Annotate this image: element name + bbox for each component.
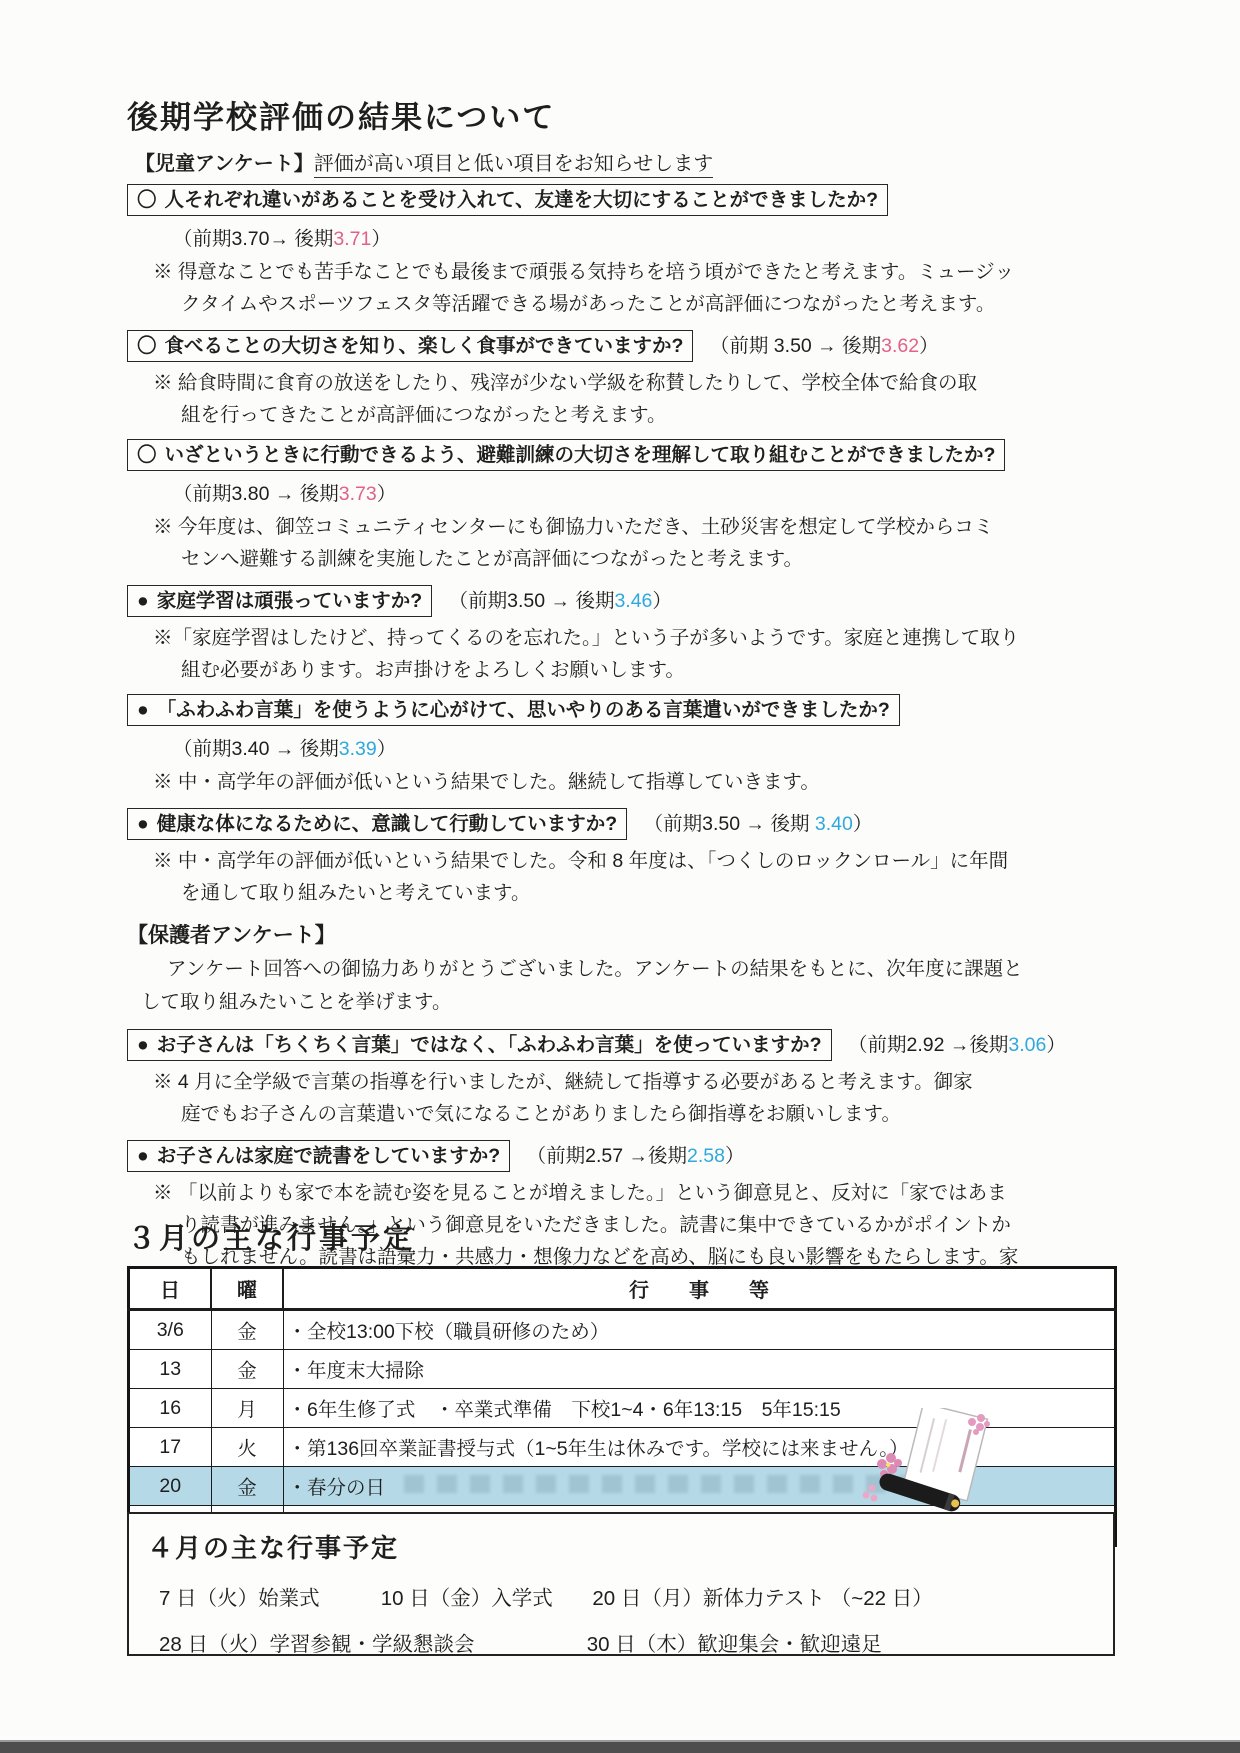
question-marker: ● xyxy=(137,1145,149,1167)
question-marker: ● xyxy=(137,699,149,721)
table-header-row: 日 曜 行 事 等 xyxy=(129,1268,1116,1310)
column-header-day: 曜 xyxy=(211,1268,283,1310)
parent-survey-intro: アンケート回答への御協力ありがとうございました。アンケートの結果をもとに、次年度… xyxy=(167,953,1122,986)
cell-day: 火 xyxy=(211,1428,283,1467)
student-survey-note: 評価が高い項目と低い項目をお知らせします xyxy=(314,153,713,178)
page-title: 後期学校評価の結果について xyxy=(127,92,1122,137)
score-suffix: ） xyxy=(652,590,672,612)
survey-item: 〇いざというときに行動できるよう、避難訓練の大切さを理解して取り組むことができま… xyxy=(127,438,1122,575)
score-prefix: （前期2.57 →後期 xyxy=(527,1145,687,1167)
score-value: 3.71 xyxy=(333,228,371,250)
cell-event: ・全校13:00下校（職員研修のため） xyxy=(283,1310,1116,1350)
table-row: 13 金 ・年度末大掃除 xyxy=(129,1350,1116,1389)
note-line: 庭でもお子さんの言葉遣いで気になることがありましたら御指導をお願いします。 xyxy=(181,1098,1122,1130)
cell-date: 13 xyxy=(129,1350,212,1389)
parent-survey-label: 【保護者アンケート】 xyxy=(127,919,1122,949)
question-box: ●お子さんは家庭で読書をしていますか? xyxy=(127,1140,510,1172)
question-marker: ● xyxy=(137,590,149,612)
april-schedule-section: ４月の主な行事予定 7 日（火）始業式 10 日（金）入学式 20 日（月）新体… xyxy=(127,1512,1115,1656)
score-suffix: ） xyxy=(377,738,397,760)
survey-item: 〇人それぞれ違いがあることを受け入れて、友達を大切にすることができましたか? （… xyxy=(127,183,1122,320)
april-heading: ４月の主な行事予定 xyxy=(147,1528,1113,1565)
april-event: 7 日（火）始業式 xyxy=(159,1581,375,1611)
march-heading: ３月の主な行事予定 xyxy=(127,1216,1117,1257)
cell-day: 金 xyxy=(211,1350,283,1389)
score-value: 3.39 xyxy=(339,738,377,760)
note-line: ※ 「以前よりも家で本を読む姿を見ることが増えました。」という御意見と、反対に「… xyxy=(153,1177,1122,1209)
scan-edge-bar xyxy=(0,1740,1240,1753)
survey-item: ●家庭学習は頑張っていますか? （前期3.50 → 後期3.46） ※「家庭学習… xyxy=(127,582,1122,686)
evaluation-report-section: 後期学校評価の結果について 【児童アンケート】評価が高い項目と低い項目をお知らせ… xyxy=(127,92,1122,1305)
score-value: 3.62 xyxy=(881,335,919,357)
score-suffix: ） xyxy=(853,813,873,835)
score-line: （前期3.80 → 後期3.73） xyxy=(173,479,1122,509)
cell-event: ・年度末大掃除 xyxy=(283,1350,1116,1389)
cell-day: 金 xyxy=(211,1467,283,1506)
score-value: 3.06 xyxy=(1008,1034,1046,1056)
question-text: 家庭学習は頑張っていますか? xyxy=(157,590,422,612)
question-text: いざというときに行動できるよう、避難訓練の大切さを理解して取り組むことができまし… xyxy=(165,444,996,466)
note-line: クタイムやスポーツフェスタ等活躍できる場があったことが高評価につながったと考えま… xyxy=(181,288,1122,320)
score-line: （前期2.57 →後期2.58） xyxy=(527,1145,745,1167)
cell-day: 月 xyxy=(211,1389,283,1428)
question-text: 食べることの大切さを知り、楽しく食事ができていますか? xyxy=(165,335,684,357)
scanned-newsletter-page: 後期学校評価の結果について 【児童アンケート】評価が高い項目と低い項目をお知らせ… xyxy=(0,0,1240,1753)
survey-item: ●お子さんは「ちくちく言葉」ではなく、「ふわふわ言葉」を使っていますか? （前期… xyxy=(127,1026,1122,1130)
student-survey-label: 【児童アンケート】 xyxy=(135,153,314,175)
score-suffix: ） xyxy=(371,228,391,250)
note-line: ※ 得意なことでも苦手なことでも最後まで頑張る気持ちを培う頃ができたと考えます。… xyxy=(153,256,1122,288)
question-box: 〇人それぞれ違いがあることを受け入れて、友達を大切にすることができましたか? xyxy=(127,184,888,216)
question-box: ●お子さんは「ちくちく言葉」ではなく、「ふわふわ言葉」を使っていますか? xyxy=(127,1029,832,1061)
question-marker: ● xyxy=(137,1034,149,1056)
note-line: ※ 中・高学年の評価が低いという結果でした。令和 8 年度は、「つくしのロックン… xyxy=(153,845,1122,877)
question-text: 健康な体になるために、意識して行動していますか? xyxy=(157,813,617,835)
score-suffix: ） xyxy=(1046,1034,1066,1056)
question-box: 〇いざというときに行動できるよう、避難訓練の大切さを理解して取り組むことができま… xyxy=(127,439,1005,471)
score-value: 3.40 xyxy=(815,813,853,835)
question-text: 人それぞれ違いがあることを受け入れて、友達を大切にすることができましたか? xyxy=(165,189,879,211)
table-row: 3/6 金 ・全校13:00下校（職員研修のため） xyxy=(129,1310,1116,1350)
diploma-sakura-illustration xyxy=(860,1408,1000,1512)
score-line: （前期3.70→ 後期3.71） xyxy=(173,224,1122,254)
question-marker: ● xyxy=(137,813,149,835)
score-value: 3.46 xyxy=(614,590,652,612)
note-line: ※「家庭学習はしたけど、持ってくるのを忘れた。」という子が多いようです。家庭と連… xyxy=(153,622,1122,654)
bleedthrough-artifact xyxy=(404,1475,924,1493)
question-box: ●「ふわふわ言葉」を使うように心がけて、思いやりのある言葉遣いができましたか? xyxy=(127,694,900,726)
question-marker: 〇 xyxy=(137,335,157,357)
score-value: 3.73 xyxy=(339,483,377,505)
cell-date: 3/6 xyxy=(129,1310,212,1350)
score-line: （前期 3.50 → 後期3.62） xyxy=(710,335,939,357)
question-text: お子さんは家庭で読書をしていますか? xyxy=(157,1145,500,1167)
question-marker: 〇 xyxy=(137,189,157,211)
column-header-date: 日 xyxy=(129,1268,212,1310)
column-header-event: 行 事 等 xyxy=(283,1268,1116,1310)
question-marker: 〇 xyxy=(137,444,157,466)
score-prefix: （前期3.70→ 後期 xyxy=(173,228,333,250)
score-suffix: ） xyxy=(919,335,939,357)
parent-survey-intro: して取り組みたいことを挙げます。 xyxy=(141,986,1122,1019)
score-value: 2.58 xyxy=(687,1145,725,1167)
score-prefix: （前期 3.50 → 後期 xyxy=(710,335,881,357)
question-text: お子さんは「ちくちく言葉」ではなく、「ふわふわ言葉」を使っていますか? xyxy=(157,1034,822,1056)
score-line: （前期3.40 → 後期3.39） xyxy=(173,734,1122,764)
score-prefix: （前期3.40 → 後期 xyxy=(173,738,339,760)
cell-event-text: ・春分の日 xyxy=(288,1477,386,1499)
note-line: 組を行ってきたことが高評価につながったと考えます。 xyxy=(181,399,1122,431)
april-event: 28 日（火）学習参観・学級懇談会 xyxy=(159,1627,581,1657)
april-event: 30 日（木）歓迎集会・歓迎遠足 xyxy=(587,1627,882,1657)
score-prefix: （前期3.50 → 後期 xyxy=(644,813,815,835)
note-line: ※ 4 月に全学級で言葉の指導を行いましたが、継続して指導する必要があると考えま… xyxy=(153,1066,1122,1098)
note-line: を通して取り組みたいと考えています。 xyxy=(181,877,1122,909)
survey-item: ●健康な体になるために、意識して行動していますか? （前期3.50 → 後期 3… xyxy=(127,805,1122,909)
note-line: ※ 今年度は、御笠コミュニティセンターにも御協力いただき、土砂災害を想定して学校… xyxy=(153,511,1122,543)
cell-date: 17 xyxy=(129,1428,212,1467)
score-suffix: ） xyxy=(725,1145,745,1167)
note-line: 組む必要があります。お声掛けをよろしくお願いします。 xyxy=(181,654,1122,686)
question-box: 〇食べることの大切さを知り、楽しく食事ができていますか? xyxy=(127,330,693,362)
student-survey-header: 【児童アンケート】評価が高い項目と低い項目をお知らせします xyxy=(135,147,1122,176)
score-prefix: （前期3.50 → 後期 xyxy=(449,590,615,612)
survey-item: ●「ふわふわ言葉」を使うように心がけて、思いやりのある言葉遣いができましたか? … xyxy=(127,693,1122,798)
score-suffix: ） xyxy=(377,483,397,505)
survey-item: 〇食べることの大切さを知り、楽しく食事ができていますか? （前期 3.50 → … xyxy=(127,327,1122,431)
score-line: （前期3.50 → 後期3.46） xyxy=(449,590,672,612)
april-event: 10 日（金）入学式 xyxy=(381,1581,587,1611)
score-line: （前期2.92 →後期3.06） xyxy=(848,1034,1066,1056)
question-text: 「ふわふわ言葉」を使うように心がけて、思いやりのある言葉遣いができましたか? xyxy=(157,699,890,721)
score-line: （前期3.50 → 後期 3.40） xyxy=(644,813,873,835)
april-events-row: 7 日（火）始業式 10 日（金）入学式 20 日（月）新体力テスト （~22 … xyxy=(159,1581,1113,1611)
question-box: ●健康な体になるために、意識して行動していますか? xyxy=(127,808,627,840)
cell-date: 16 xyxy=(129,1389,212,1428)
april-event: 20 日（月）新体力テスト （~22 日） xyxy=(592,1581,932,1611)
cell-date: 20 xyxy=(129,1467,212,1506)
note-line: ※ 中・高学年の評価が低いという結果でした。継続して指導していきます。 xyxy=(153,766,1122,798)
question-box: ●家庭学習は頑張っていますか? xyxy=(127,585,432,617)
note-line: ※ 給食時間に食育の放送をしたり、残滓が少ない学級を称賛したりして、学校全体で給… xyxy=(153,367,1122,399)
score-prefix: （前期2.92 →後期 xyxy=(848,1034,1008,1056)
cell-day: 金 xyxy=(211,1310,283,1350)
april-events-row: 28 日（火）学習参観・学級懇談会 30 日（木）歓迎集会・歓迎遠足 xyxy=(159,1627,1113,1657)
note-line: センへ避難する訓練を実施したことが高評価につながったと考えます。 xyxy=(181,543,1122,575)
score-prefix: （前期3.80 → 後期 xyxy=(173,483,339,505)
